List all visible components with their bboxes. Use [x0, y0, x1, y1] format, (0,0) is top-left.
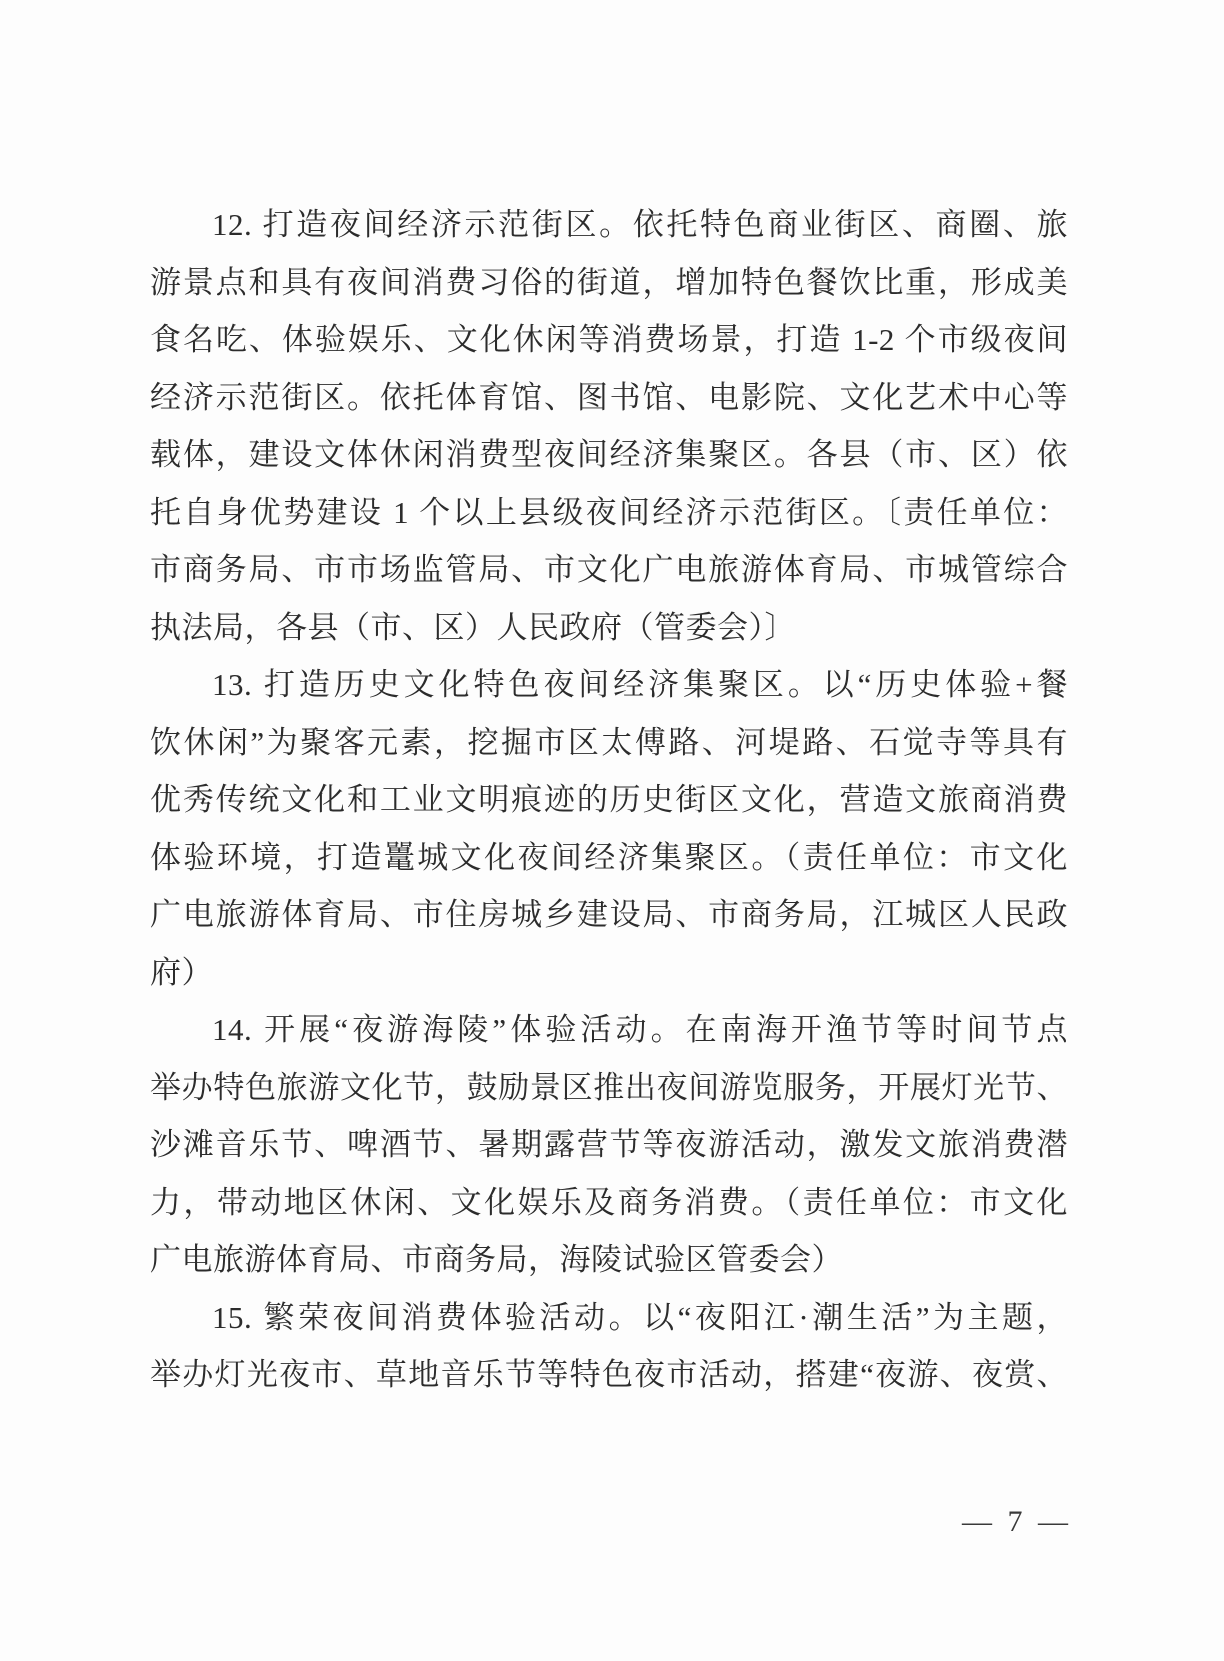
document-page: 12. 打造夜间经济示范街区。依托特色商业街区、商圈、旅 游景点和具有夜间消费习…: [0, 0, 1224, 1661]
document-body: 12. 打造夜间经济示范街区。依托特色商业街区、商圈、旅 游景点和具有夜间消费习…: [150, 196, 1068, 1404]
text-line: 游景点和具有夜间消费习俗的街道，增加特色餐饮比重，形成美: [150, 254, 1068, 312]
text-line: 经济示范街区。依托体育馆、图书馆、电影院、文化艺术中心等: [150, 369, 1068, 427]
text-line: 14. 开展“夜游海陵”体验活动。在南海开渔节等时间节点: [150, 1001, 1068, 1059]
text-line: 12. 打造夜间经济示范街区。依托特色商业街区、商圈、旅: [150, 196, 1068, 254]
text-line: 执法局，各县（市、区）人民政府（管委会）〕: [150, 599, 1068, 657]
text-line: 食名吃、体验娱乐、文化休闲等消费场景，打造 1-2 个市级夜间: [150, 311, 1068, 369]
text-line: 举办灯光夜市、草地音乐节等特色夜市活动，搭建“夜游、夜赏、: [150, 1346, 1068, 1404]
text-line: 载体，建设文体休闲消费型夜间经济集聚区。各县（市、区）依: [150, 426, 1068, 484]
text-line: 力，带动地区休闲、文化娱乐及商务消费。（责任单位：市文化: [150, 1174, 1068, 1232]
text-line: 广电旅游体育局、市商务局，海陵试验区管委会）: [150, 1231, 1068, 1289]
page-number: — 7 —: [962, 1502, 1072, 1542]
paragraph-item-12: 12. 打造夜间经济示范街区。依托特色商业街区、商圈、旅 游景点和具有夜间消费习…: [150, 196, 1068, 656]
text-line: 15. 繁荣夜间消费体验活动。以“夜阳江·潮生活”为主题，: [150, 1289, 1068, 1347]
text-line: 托自身优势建设 1 个以上县级夜间经济示范街区。〔责任单位：: [150, 484, 1068, 542]
paragraph-item-13: 13. 打造历史文化特色夜间经济集聚区。以“历史体验+餐 饮休闲”为聚客元素，挖…: [150, 656, 1068, 1001]
text-line: 体验环境，打造鼍城文化夜间经济集聚区。（责任单位：市文化: [150, 829, 1068, 887]
text-line: 广电旅游体育局、市住房城乡建设局、市商务局，江城区人民政: [150, 886, 1068, 944]
text-line: 沙滩音乐节、啤酒节、暑期露营节等夜游活动，激发文旅消费潜: [150, 1116, 1068, 1174]
text-line: 举办特色旅游文化节，鼓励景区推出夜间游览服务，开展灯光节、: [150, 1059, 1068, 1117]
text-line: 饮休闲”为聚客元素，挖掘市区太傅路、河堤路、石觉寺等具有: [150, 714, 1068, 772]
paragraph-item-14: 14. 开展“夜游海陵”体验活动。在南海开渔节等时间节点 举办特色旅游文化节，鼓…: [150, 1001, 1068, 1289]
text-line: 市商务局、市市场监管局、市文化广电旅游体育局、市城管综合: [150, 541, 1068, 599]
text-line: 府）: [150, 944, 1068, 1002]
text-line: 13. 打造历史文化特色夜间经济集聚区。以“历史体验+餐: [150, 656, 1068, 714]
paragraph-item-15: 15. 繁荣夜间消费体验活动。以“夜阳江·潮生活”为主题， 举办灯光夜市、草地音…: [150, 1289, 1068, 1404]
text-line: 优秀传统文化和工业文明痕迹的历史街区文化，营造文旅商消费: [150, 771, 1068, 829]
